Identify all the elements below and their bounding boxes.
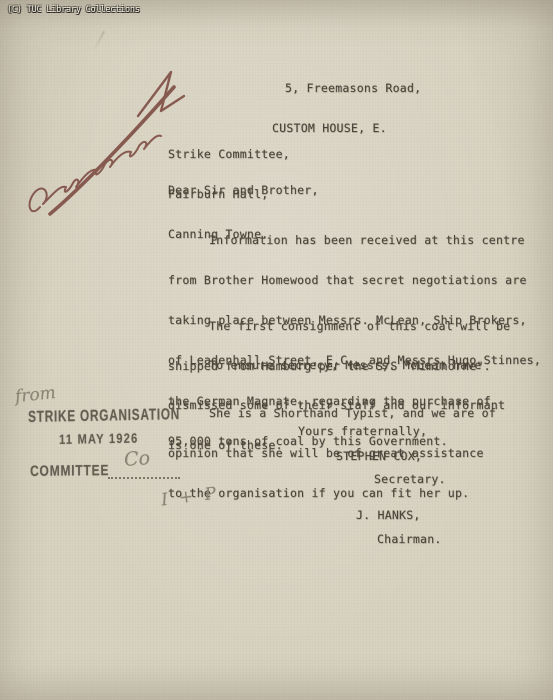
received-stamp-date: 11 MAY 1926 <box>59 431 139 447</box>
received-stamp-organisation: STRIKE ORGANISATION <box>28 406 180 427</box>
signature-title: Chairman. <box>377 533 442 546</box>
signature-name: STEPHEN COX, <box>336 450 422 463</box>
paragraph: She is a Shorthand Typist, and we are of… <box>168 380 496 527</box>
paper-crease <box>93 31 105 51</box>
closing: Yours fraternally, <box>298 425 427 438</box>
paragraph-line: She is a Shorthand Typist, and we are of <box>168 407 496 420</box>
paragraph-line: To ensure secrecy, Messrs. McLean have <box>168 359 505 372</box>
signature-title: Secretary. <box>374 473 446 486</box>
paragraph-line: from Brother Homewood that secret negoti… <box>168 274 541 287</box>
signature-name: J. HANKS, <box>356 509 421 522</box>
paragraph-line: Information has been received at this ce… <box>168 234 541 247</box>
sender-address-line: 5, Freemasons Road, <box>272 82 421 95</box>
pencil-annotation-co: Co <box>123 447 150 471</box>
scanned-letter-page: (C) TUC Library Collections 5, Freemason… <box>0 0 553 700</box>
sender-address-line: CUSTOM HOUSE, E. <box>272 122 421 135</box>
sender-address: 5, Freemasons Road, CUSTOM HOUSE, E. <box>272 55 421 162</box>
pencil-annotation-from: from <box>14 383 57 407</box>
signature-underline-stroke <box>50 87 174 214</box>
signature-flourish-stroke <box>138 72 184 116</box>
copyright-watermark: (C) TUC Library Collections <box>7 5 140 15</box>
recipient-line: Strike Committee, <box>168 148 290 161</box>
received-stamp-committee: COMMITTEE <box>30 462 109 480</box>
salutation: Dear Sir and Brother, <box>168 184 319 197</box>
paragraph-line: opinion that she will be of great assist… <box>168 447 496 460</box>
